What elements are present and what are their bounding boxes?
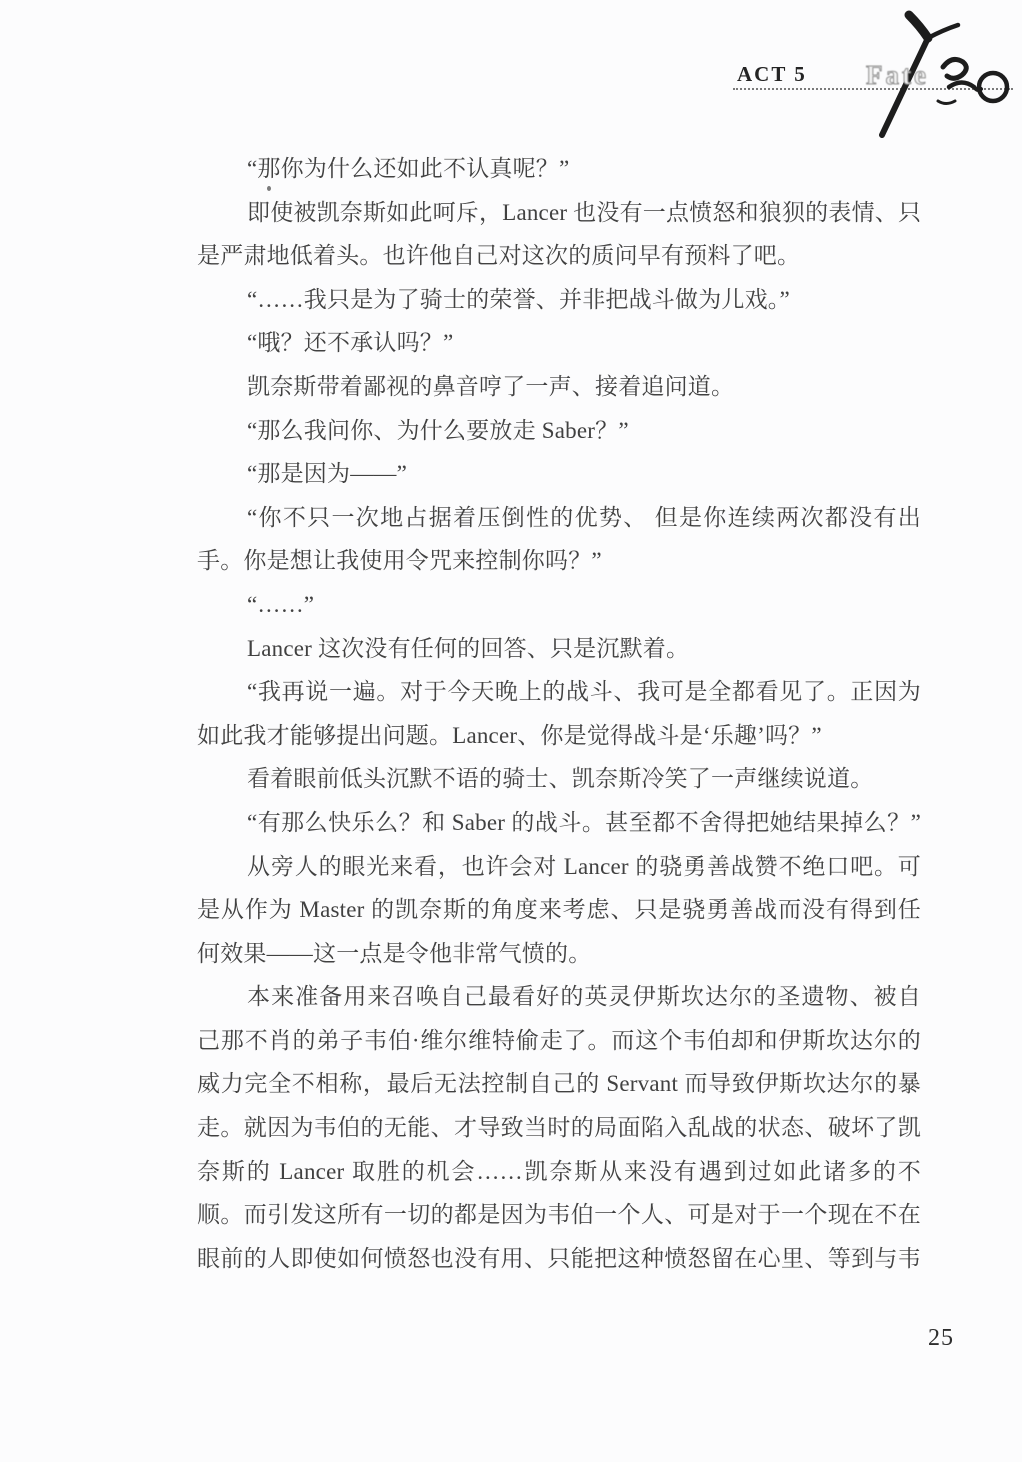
text-line: 走。就因为韦伯的无能、才导致当时的局面陷入乱战的状态、破坏了凯 (197, 1106, 921, 1150)
text-line: 凯奈斯带着鄙视的鼻音哼了一声、接着追问道。 (197, 365, 921, 409)
text-line: 看着眼前低头沉默不语的骑士、凯奈斯冷笑了一声继续说道。 (197, 757, 921, 801)
text-line: Lancer 这次没有任何的回答、只是沉默着。 (197, 627, 921, 671)
logo-fate-text: Fate (866, 60, 929, 91)
text-line: “那你为什么还如此不认真呢？” (197, 147, 921, 191)
text-line: “哦？还不承认吗？” (197, 321, 921, 365)
text-line: 是严肃地低着头。也许他自己对这次的质问早有预料了吧。 (197, 234, 921, 278)
text-line: 从旁人的眼光来看，也许会对 Lancer 的骁勇善战赞不绝口吧。可 (197, 845, 921, 889)
text-line: “我再说一遍。对于今天晚上的战斗、我可是全都看见了。正因为 (197, 670, 921, 714)
text-line: 顺。而引发这所有一切的都是因为韦伯一个人、可是对于一个现在不在 (197, 1193, 921, 1237)
text-line: 何效果——这一点是令他非常气愤的。 (197, 932, 921, 976)
text-line: 己那不肖的弟子韦伯·维尔维特偷走了。而这个韦伯却和伊斯坎达尔的 (197, 1019, 921, 1063)
text-line: “……” (197, 583, 921, 627)
text-line: “……我只是为了骑士的荣誉、并非把战斗做为儿戏。” (197, 278, 921, 322)
text-line: 是从作为 Master 的凯奈斯的角度来考虑、只是骁勇善战而没有得到任 (197, 888, 921, 932)
fate-zero-logo: Fate (850, 5, 1020, 155)
text-line: “那么我问你、为什么要放走 Saber？” (197, 409, 921, 453)
text-line: 如此我才能够提出问题。Lancer、你是觉得战斗是‘乐趣’吗？” (197, 714, 921, 758)
scan-speck (267, 186, 271, 191)
text-line: “那是因为——” (197, 452, 921, 496)
body-text: “那你为什么还如此不认真呢？” 即使被凯奈斯如此呵斥，Lancer 也没有一点愤… (197, 147, 921, 1280)
text-line: 威力完全不相称，最后无法控制自己的 Servant 而导致伊斯坎达尔的暴 (197, 1062, 921, 1106)
text-line: 即使被凯奈斯如此呵斥，Lancer 也没有一点愤怒和狼狈的表情、只 (197, 191, 921, 235)
act-heading: ACT 5 (737, 62, 807, 87)
text-line: 手。你是想让我使用令咒来控制你吗？” (197, 539, 921, 583)
page-number: 25 (928, 1325, 954, 1352)
text-line: “有那么快乐么？和 Saber 的战斗。甚至都不舍得把她结果掉么？” (197, 801, 921, 845)
text-line: 眼前的人即使如何愤怒也没有用、只能把这种愤怒留在心里、等到与韦 (197, 1237, 921, 1281)
text-line: 本来准备用来召唤自己最看好的英灵伊斯坎达尔的圣遗物、被自 (197, 975, 921, 1019)
text-line: 奈斯的 Lancer 取胜的机会……凯奈斯从来没有遇到过如此诸多的不 (197, 1150, 921, 1194)
book-page: ACT 5 Fate (0, 0, 1022, 1462)
text-line: “你不只一次地占据着压倒性的优势、 但是你连续两次都没有出 (197, 496, 921, 540)
